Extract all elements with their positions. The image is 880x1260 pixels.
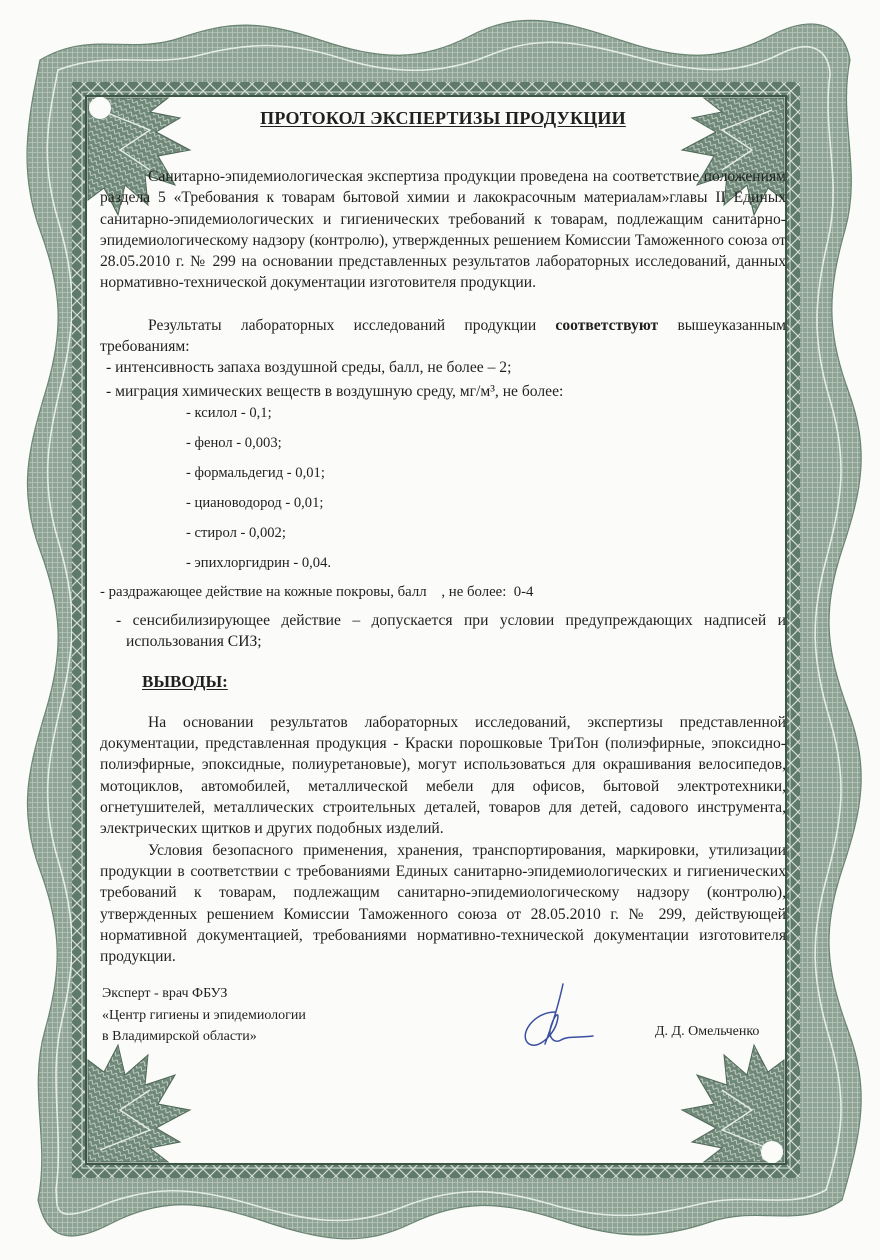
requirement-migration: - миграция химических веществ в воздушну… bbox=[106, 382, 563, 402]
chemical-xylene: - ксилол - 0,1; bbox=[186, 405, 272, 422]
intro-paragraph: Санитарно-эпидемиологическая экспертиза … bbox=[100, 166, 786, 294]
conclusion-paragraph-conditions: Условия безопасного применения, хранения… bbox=[100, 840, 786, 967]
chemical-hydrogen-cyanide: - циановодород - 0,01; bbox=[186, 495, 323, 512]
results-prefix: Результаты лабораторных исследований про… bbox=[148, 317, 555, 334]
conclusion-paragraph-products: На основании результатов лабораторных ис… bbox=[100, 712, 786, 839]
results-emphasis: соответствуют bbox=[555, 317, 658, 334]
document-title: ПРОТОКОЛ ЭКСПЕРТИЗЫ ПРОДУКЦИИ bbox=[100, 108, 786, 129]
conclusions-heading: ВЫВОДЫ: bbox=[142, 672, 228, 692]
chemical-phenol: - фенол - 0,003; bbox=[186, 435, 282, 452]
requirement-odor: - интенсивность запаха воздушной среды, … bbox=[106, 358, 511, 378]
chemical-formaldehyde: - формальдегид - 0,01; bbox=[186, 465, 325, 482]
signatory-region: в Владимирской области» bbox=[102, 1026, 306, 1048]
handwritten-signature bbox=[515, 982, 595, 1052]
results-paragraph: Результаты лабораторных исследований про… bbox=[100, 315, 786, 358]
signatory-position: Эксперт - врач ФБУЗ bbox=[102, 983, 306, 1005]
signatory-block: Эксперт - врач ФБУЗ «Центр гигиены и эпи… bbox=[102, 983, 306, 1048]
sensitizing-line: - сенсибилизирующее действие – допускает… bbox=[116, 610, 786, 652]
skin-irritation-line: - раздражающее действие на кожные покров… bbox=[100, 582, 533, 602]
chemical-styrene: - стирол - 0,002; bbox=[186, 525, 286, 542]
signer-name: Д. Д. Омельченко bbox=[655, 1024, 759, 1040]
chemical-epichlorohydrin: - эпихлоргидрин - 0,04. bbox=[186, 555, 331, 572]
signatory-organization: «Центр гигиены и эпидемиологии bbox=[102, 1005, 306, 1027]
